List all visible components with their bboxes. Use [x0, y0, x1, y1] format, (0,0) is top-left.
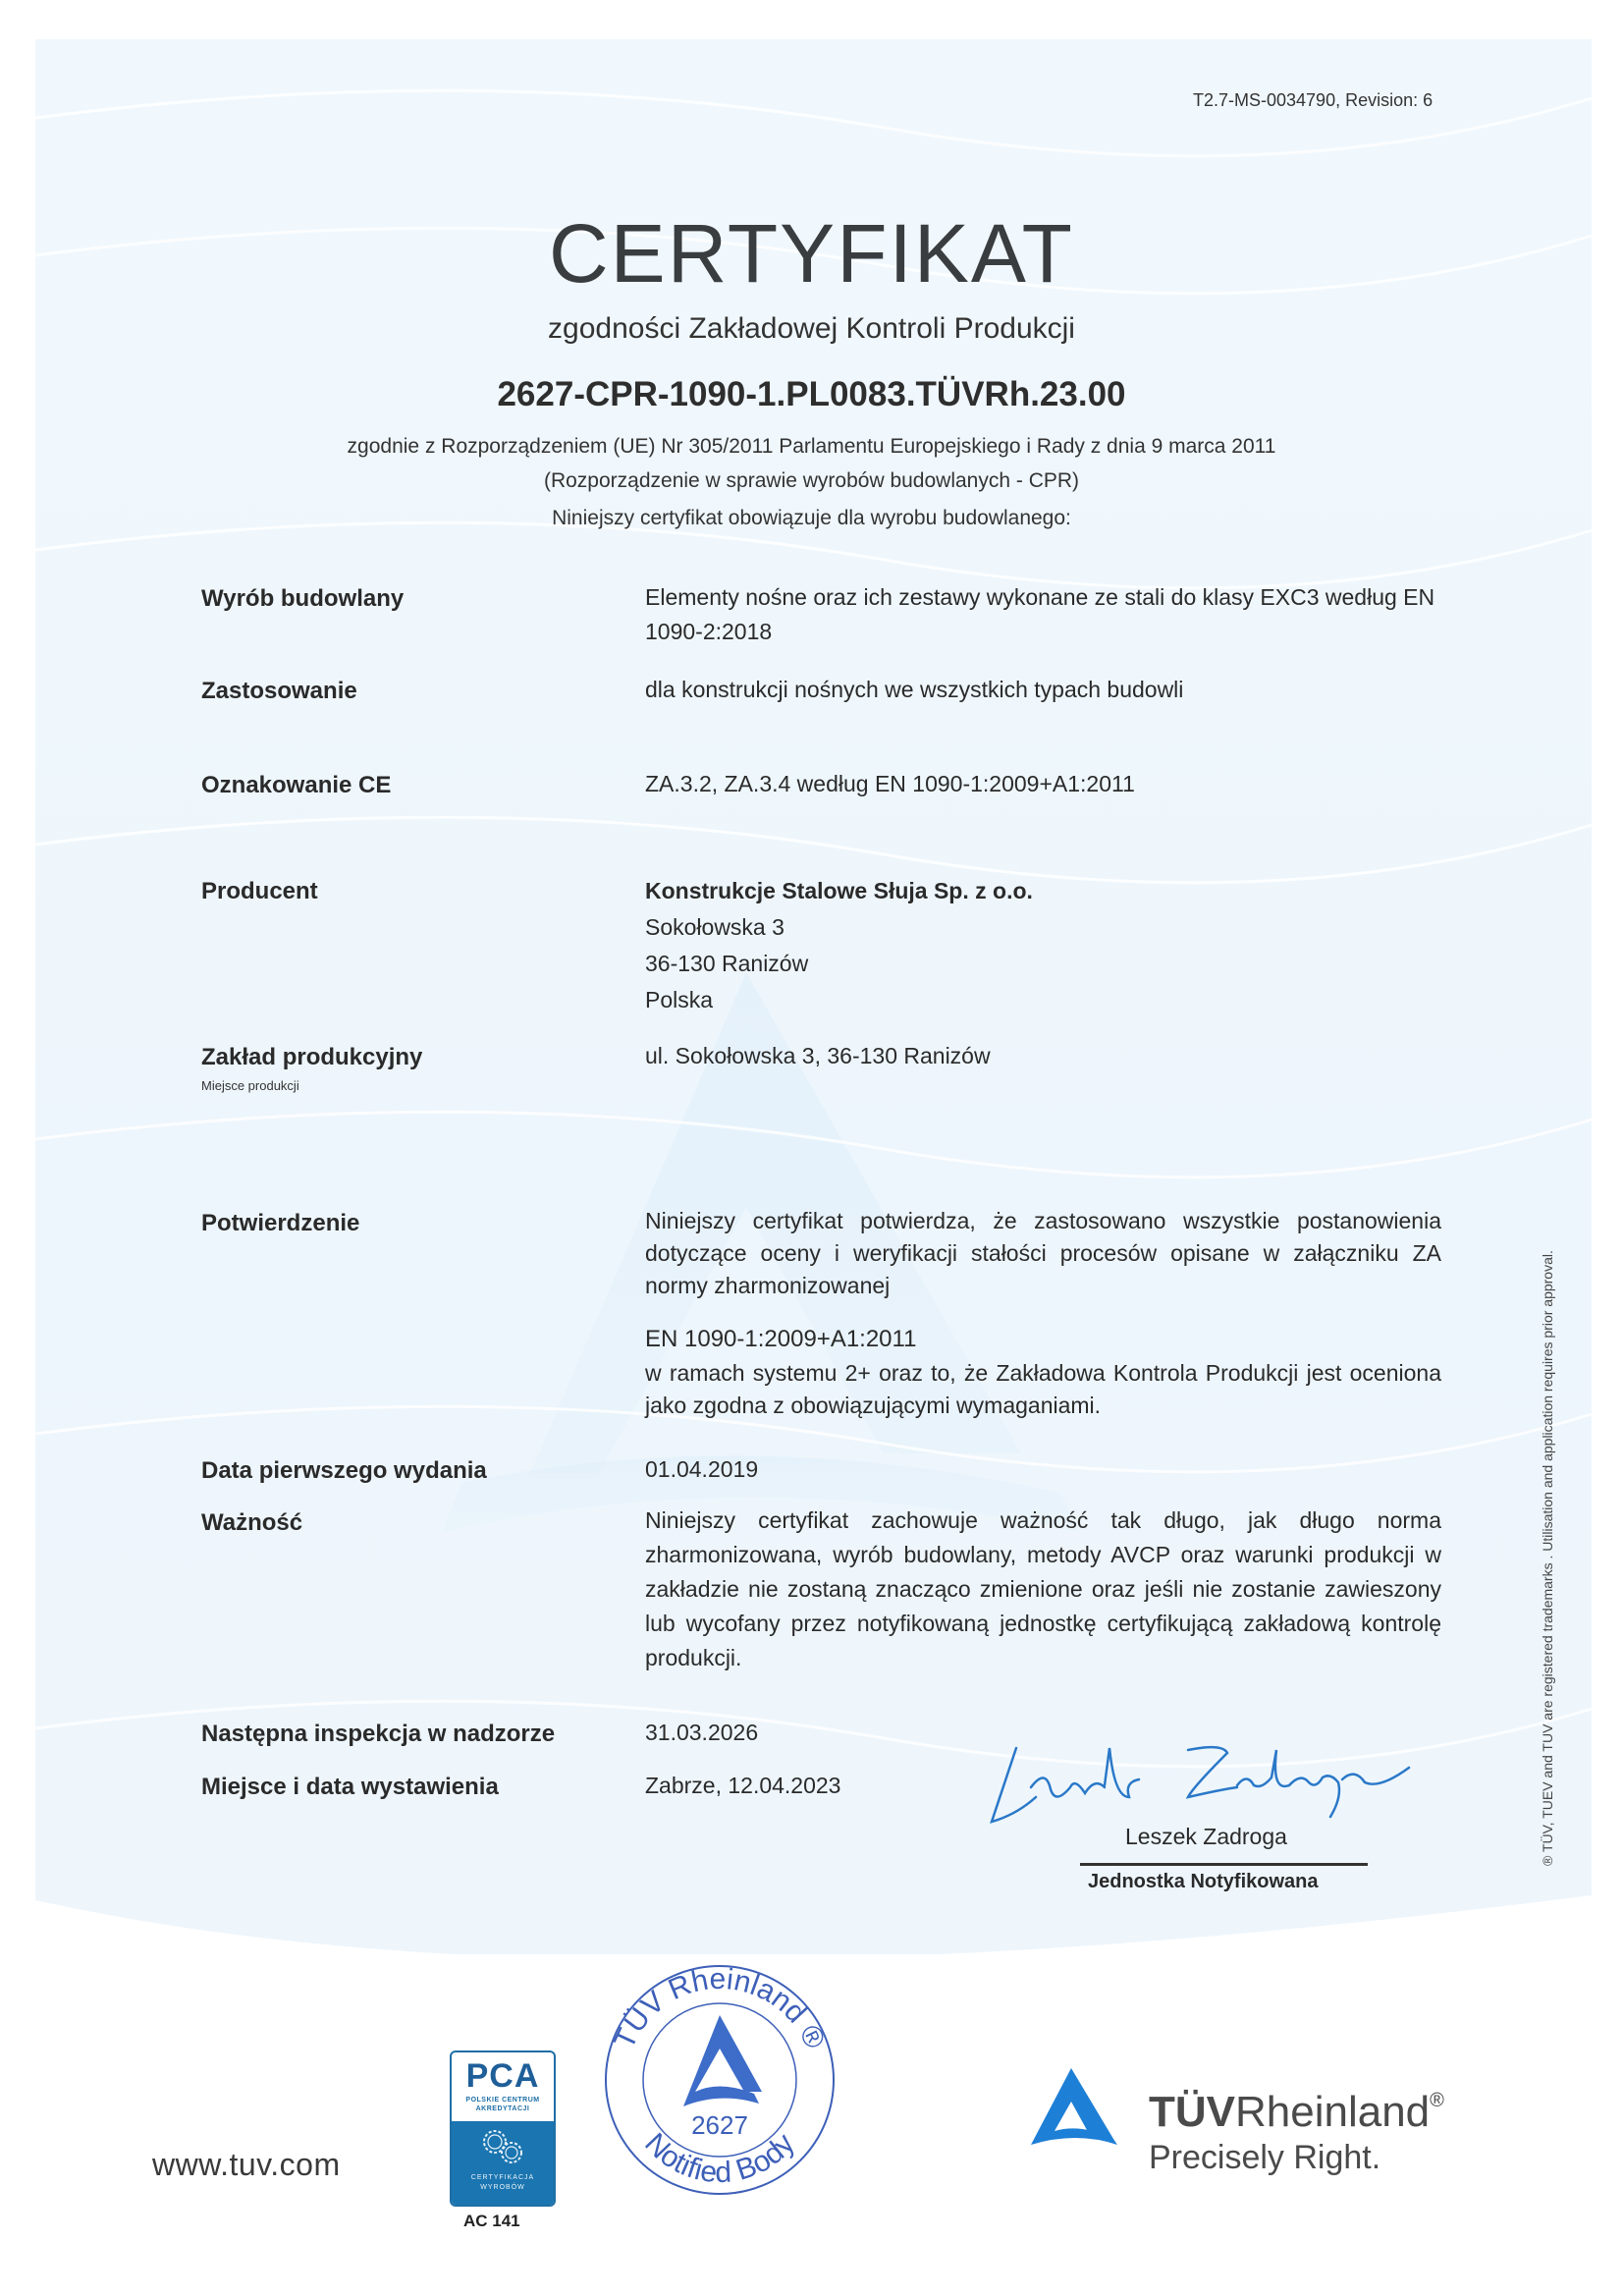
regulation-line: zgodnie z Rozporządzeniem (UE) Nr 305/20…: [0, 435, 1623, 459]
svg-text:2627: 2627: [691, 2110, 748, 2140]
notified-body-stamp: TÜV Rheinland ® Notified Body 2627: [597, 1954, 842, 2200]
brand-regular: Rheinland: [1235, 2088, 1430, 2136]
pca-logo-text: PCA: [452, 2052, 554, 2096]
website-link[interactable]: www.tuv.com: [152, 2147, 341, 2183]
confirmation-paragraph: Niniejszy certyfikat potwierdza, że zast…: [645, 1205, 1441, 1302]
pca-cert-line: CERTYFIKACJA: [452, 2173, 554, 2183]
certificate-subtitle: zgodności Zakładowej Kontroli Produkcji: [0, 312, 1623, 346]
ce-marking-label: Oznakowanie CE: [201, 772, 391, 799]
document-reference: T2.7-MS-0034790, Revision: 6: [1193, 90, 1433, 111]
producer-country: Polska: [645, 982, 1441, 1018]
pca-accreditation-logo: PCA POLSKIE CENTRUM AKREDYTACJI CERTYFIK…: [450, 2050, 556, 2207]
first-issue-label: Data pierwszego wydania: [201, 1457, 487, 1485]
pca-cert-line: WYROBÓW: [452, 2183, 554, 2193]
application-label: Zastosowanie: [201, 678, 357, 705]
accreditation-number: AC 141: [463, 2212, 520, 2231]
regulation-line: (Rozporządzenie w sprawie wyrobów budowl…: [0, 469, 1623, 493]
handwritten-signature: [977, 1728, 1419, 1827]
producer-street: Sokołowska 3: [645, 909, 1441, 946]
ce-marking-value: ZA.3.2, ZA.3.4 według EN 1090-1:2009+A1:…: [645, 767, 1441, 801]
certificate-title: CERTYFIKAT: [0, 206, 1623, 301]
signature-line: [1080, 1863, 1368, 1866]
brand-bold: TÜV: [1149, 2088, 1235, 2136]
place-date-label: Miejsce i data wystawienia: [201, 1774, 499, 1801]
plant-sublabel: Miejsce produkcji: [201, 1078, 299, 1093]
confirmation-standard: EN 1090-1:2009+A1:2011: [645, 1322, 1441, 1356]
producer-name: Konstrukcje Stalowe Słuja Sp. z o.o.: [645, 873, 1441, 909]
plant-label: Zakład produkcyjny: [201, 1044, 422, 1071]
plant-value: ul. Sokołowska 3, 36-130 Ranizów: [645, 1039, 1441, 1073]
tuv-rheinland-wordmark: TÜVRheinland®: [1149, 2088, 1444, 2137]
validity-value: Niniejszy certyfikat zachowuje ważność t…: [645, 1503, 1441, 1675]
pca-name-line: POLSKIE CENTRUM: [452, 2096, 554, 2105]
gears-icon: [473, 2125, 532, 2168]
first-issue-value: 01.04.2019: [645, 1452, 1441, 1487]
confirmation-paragraph-2: w ramach systemu 2+ oraz to, że Zakładow…: [645, 1357, 1441, 1422]
validity-label: Ważność: [201, 1509, 302, 1537]
producer-address: Konstrukcje Stalowe Słuja Sp. z o.o. Sok…: [645, 873, 1441, 1018]
next-inspection-label: Następna inspekcja w nadzorze: [201, 1721, 555, 1748]
product-value: Elementy nośne oraz ich zestawy wykonane…: [645, 580, 1441, 649]
brand-tagline: Precisely Right.: [1149, 2139, 1380, 2177]
product-label: Wyrób budowlany: [201, 585, 404, 613]
application-value: dla konstrukcji nośnych we wszystkich ty…: [645, 673, 1441, 707]
producer-label: Producent: [201, 878, 318, 905]
trademark-notice: ® TÜV, TUEV and TUV are registered trade…: [1540, 1159, 1555, 1866]
scope-intro-line: Niniejszy certyfikat obowiązuje dla wyro…: [0, 507, 1623, 530]
certificate-number: 2627-CPR-1090-1.PL0083.TÜVRh.23.00: [0, 375, 1623, 414]
signatory-role: Jednostka Notyfikowana: [1088, 1871, 1319, 1893]
producer-city: 36-130 Ranizów: [645, 946, 1441, 982]
registered-mark: ®: [1430, 2090, 1444, 2111]
pca-name-line: AKREDYTACJI: [452, 2105, 554, 2113]
signatory-name: Leszek Zadroga: [1125, 1824, 1287, 1850]
confirmation-label: Potwierdzenie: [201, 1210, 359, 1237]
tuv-triangle-logo-icon: [1027, 2066, 1117, 2145]
